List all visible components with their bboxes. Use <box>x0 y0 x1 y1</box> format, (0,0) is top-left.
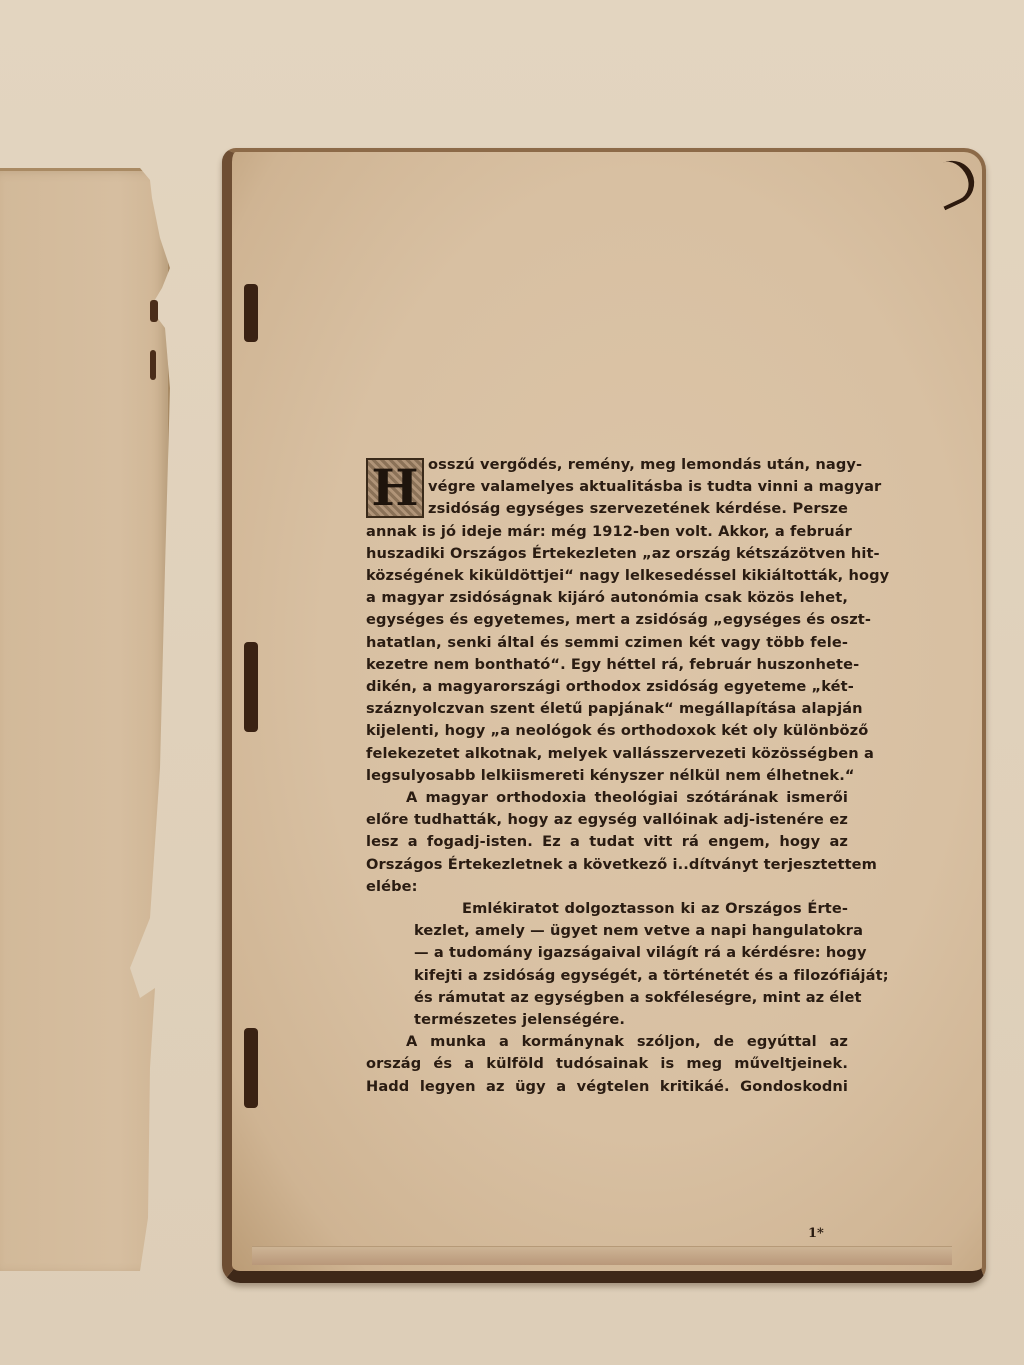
body-text: H osszú vergődés, remény, meg lemondás u… <box>366 454 848 1098</box>
signature-mark: 1* <box>808 1226 824 1241</box>
book-page: H osszú vergődés, remény, meg lemondás u… <box>222 148 986 1283</box>
text-line: A magyar orthodoxia theológiai szótárána… <box>366 787 848 809</box>
text-line: kijelenti, hogy „a neológok és orthodoxo… <box>366 720 848 742</box>
second-paragraph: A magyar orthodoxia theológiai szótárána… <box>366 787 848 898</box>
binding-hole <box>244 284 258 342</box>
text-line: előre tudhatták, hogy az egység vallóina… <box>366 809 848 831</box>
corner-damage <box>927 154 982 211</box>
binding-hole <box>244 642 258 732</box>
text-line: természetes jelenségére. <box>366 1009 848 1031</box>
text-line: Hadd legyen az ügy a végtelen kritikáé. … <box>366 1076 848 1098</box>
text-line: kezlet, amely — ügyet nem vetve a napi h… <box>366 920 848 942</box>
text-line: kezetre nem bontható“. Egy héttel rá, fe… <box>366 654 848 676</box>
text-line: huszadiki Országos Értekezleten „az orsz… <box>366 543 848 565</box>
text-line: zsidóság egységes szervezetének kérdése.… <box>366 498 848 520</box>
text-line: legsulyosabb lelkiismereti kényszer nélk… <box>366 765 848 787</box>
block-quote: Emlékiratot dolgoztasson ki az Országos … <box>366 898 848 1031</box>
opening-paragraph: H osszú vergődés, remény, meg lemondás u… <box>366 454 848 787</box>
text-line: Országos Értekezletnek a következő i..dí… <box>366 854 848 876</box>
torn-left-page <box>0 168 171 1277</box>
text-line: a magyar zsidóságnak kijáró autonómia cs… <box>366 587 848 609</box>
left-page-tear <box>150 350 156 380</box>
text-line: elébe: <box>366 876 848 898</box>
left-page-tear <box>150 300 158 322</box>
text-line: dikén, a magyarországi orthodox zsidóság… <box>366 676 848 698</box>
third-paragraph: A munka a kormánynak szóljon, de egyútta… <box>366 1031 848 1098</box>
text-line: végre valamelyes aktualitásba is tudta v… <box>366 476 848 498</box>
text-line: felekezetet alkotnak, melyek vallásszerv… <box>366 743 848 765</box>
text-line: hatatlan, senki által és semmi czimen ké… <box>366 632 848 654</box>
binding-hole <box>244 1028 258 1108</box>
text-line: annak is jó ideje már: még 1912-ben volt… <box>366 521 848 543</box>
text-line: lesz a fogadj-isten. Ez a tudat vitt rá … <box>366 831 848 853</box>
text-line: ország és a külföld tudósainak is meg mű… <box>366 1053 848 1075</box>
text-line: és rámutat az egységben a sokféleségre, … <box>366 987 848 1009</box>
text-line: — a tudomány igazságaival világít rá a k… <box>366 942 848 964</box>
text-line: osszú vergődés, remény, meg lemondás utá… <box>366 454 848 476</box>
text-line: kifejti a zsidóság egységét, a történeté… <box>366 965 848 987</box>
text-line: Emlékiratot dolgoztasson ki az Országos … <box>366 898 848 920</box>
text-line: községének kiküldöttjei“ nagy lelkesedés… <box>366 565 848 587</box>
text-line: egységes és egyetemes, mert a zsidóság „… <box>366 609 848 631</box>
text-line: A munka a kormánynak szóljon, de egyútta… <box>366 1031 848 1053</box>
ornamental-dropcap: H <box>366 458 424 518</box>
text-line: száznyolczvan szent életű papjának“ megá… <box>366 698 848 720</box>
page-bottom-edge <box>252 1246 952 1265</box>
